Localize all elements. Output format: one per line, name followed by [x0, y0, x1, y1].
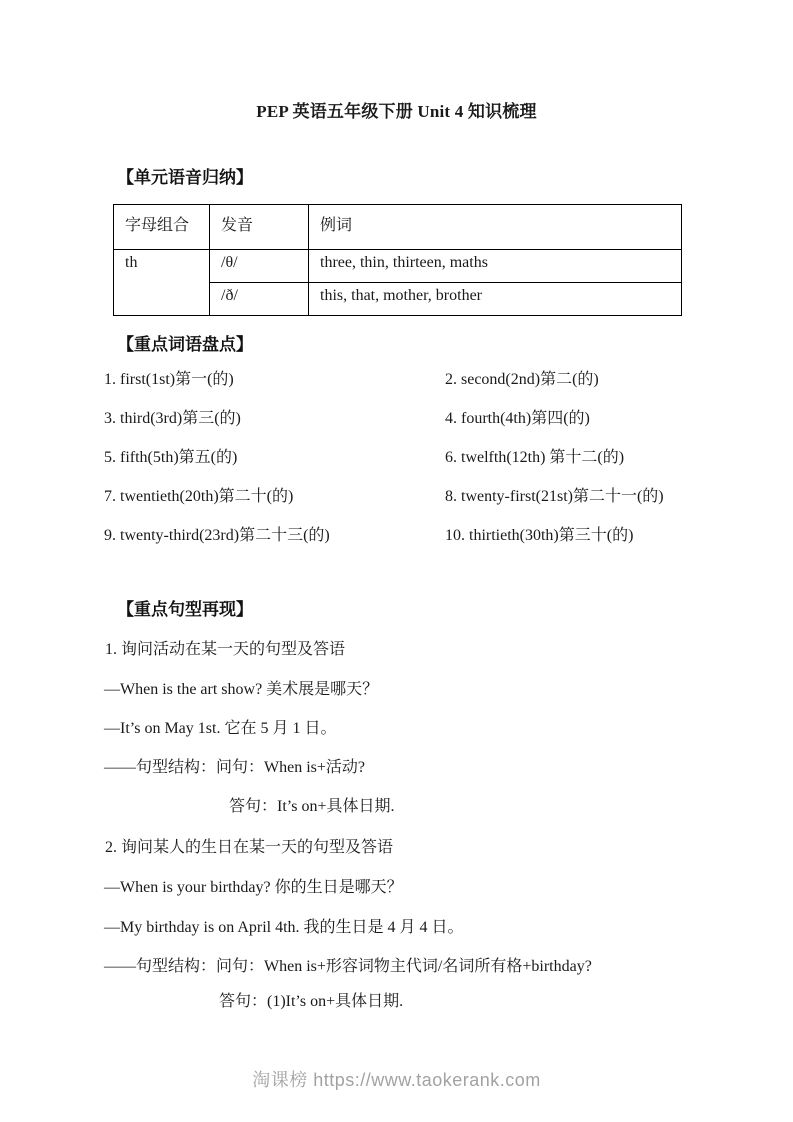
sentence-answer-april-4th: —My birthday is on April 4th. 我的生日是 4 月 … — [104, 914, 464, 937]
sentence-structure-question-2: ——句型结构：问句：When is+形容词物主代词/名词所有格+birthday… — [104, 953, 592, 976]
sentence-answer-may-1st: —It’s on May 1st. 它在 5 月 1 日。 — [104, 715, 336, 738]
document-page: PEP 英语五年级下册 Unit 4 知识梳理 【单元语音归纳】 字母组合 发音… — [0, 0, 793, 1122]
vocab-item-9: 9. twenty-third(23rd)第二十三(的) — [104, 522, 330, 545]
vocab-item-8: 8. twenty-first(21st)第二十一(的) — [445, 483, 664, 506]
phonics-table-header-row: 字母组合 发音 例词 — [114, 205, 682, 250]
vocab-item-3: 3. third(3rd)第三(的) — [104, 405, 241, 428]
vocab-item-10: 10. thirtieth(30th)第三十(的) — [445, 522, 633, 545]
column-header-letter-group: 字母组合 — [114, 205, 210, 250]
page-title: PEP 英语五年级下册 Unit 4 知识梳理 — [0, 97, 793, 122]
letter-group-cell: th — [114, 250, 210, 316]
column-header-example-words: 例词 — [309, 205, 682, 250]
table-row: th /θ/ three, thin, thirteen, maths — [114, 250, 682, 283]
sentence-question-art-show: —When is the art show? 美术展是哪天？ — [104, 676, 378, 699]
section-heading-phonics: 【单元语音归纳】 — [117, 163, 253, 188]
vocab-item-2: 2. second(2nd)第二(的) — [445, 366, 599, 389]
sound-cell-theta: /θ/ — [210, 250, 309, 283]
sentence-topic-1: 1. 询问活动在某一天的句型及答语 — [105, 636, 345, 659]
vocab-item-6: 6. twelfth(12th) 第十二(的) — [445, 444, 624, 467]
examples-cell-theta: three, thin, thirteen, maths — [309, 250, 682, 283]
section-heading-sentences: 【重点句型再现】 — [117, 595, 253, 620]
sentence-structure-answer-1: 答句：It’s on+具体日期. — [229, 793, 394, 816]
phonics-table: 字母组合 发音 例词 th /θ/ three, thin, thirteen,… — [113, 204, 682, 316]
section-heading-vocabulary: 【重点词语盘点】 — [117, 330, 253, 355]
sentence-topic-2: 2. 询问某人的生日在某一天的句型及答语 — [105, 834, 393, 857]
vocab-item-4: 4. fourth(4th)第四(的) — [445, 405, 590, 428]
vocab-item-5: 5. fifth(5th)第五(的) — [104, 444, 237, 467]
column-header-pronunciation: 发音 — [210, 205, 309, 250]
vocab-item-7: 7. twentieth(20th)第二十(的) — [104, 483, 293, 506]
sentence-question-birthday: —When is your birthday? 你的生日是哪天？ — [104, 874, 403, 897]
sentence-structure-question-1: ——句型结构：问句：When is+活动? — [104, 754, 365, 777]
vocab-item-1: 1. first(1st)第一(的) — [104, 366, 234, 389]
examples-cell-eth: this, that, mother, brother — [309, 283, 682, 316]
footer-watermark: 淘课榜 https://www.taokerank.com — [0, 1066, 793, 1092]
sound-cell-eth: /ð/ — [210, 283, 309, 316]
sentence-structure-answer-2: 答句：(1)It’s on+具体日期. — [219, 988, 403, 1011]
